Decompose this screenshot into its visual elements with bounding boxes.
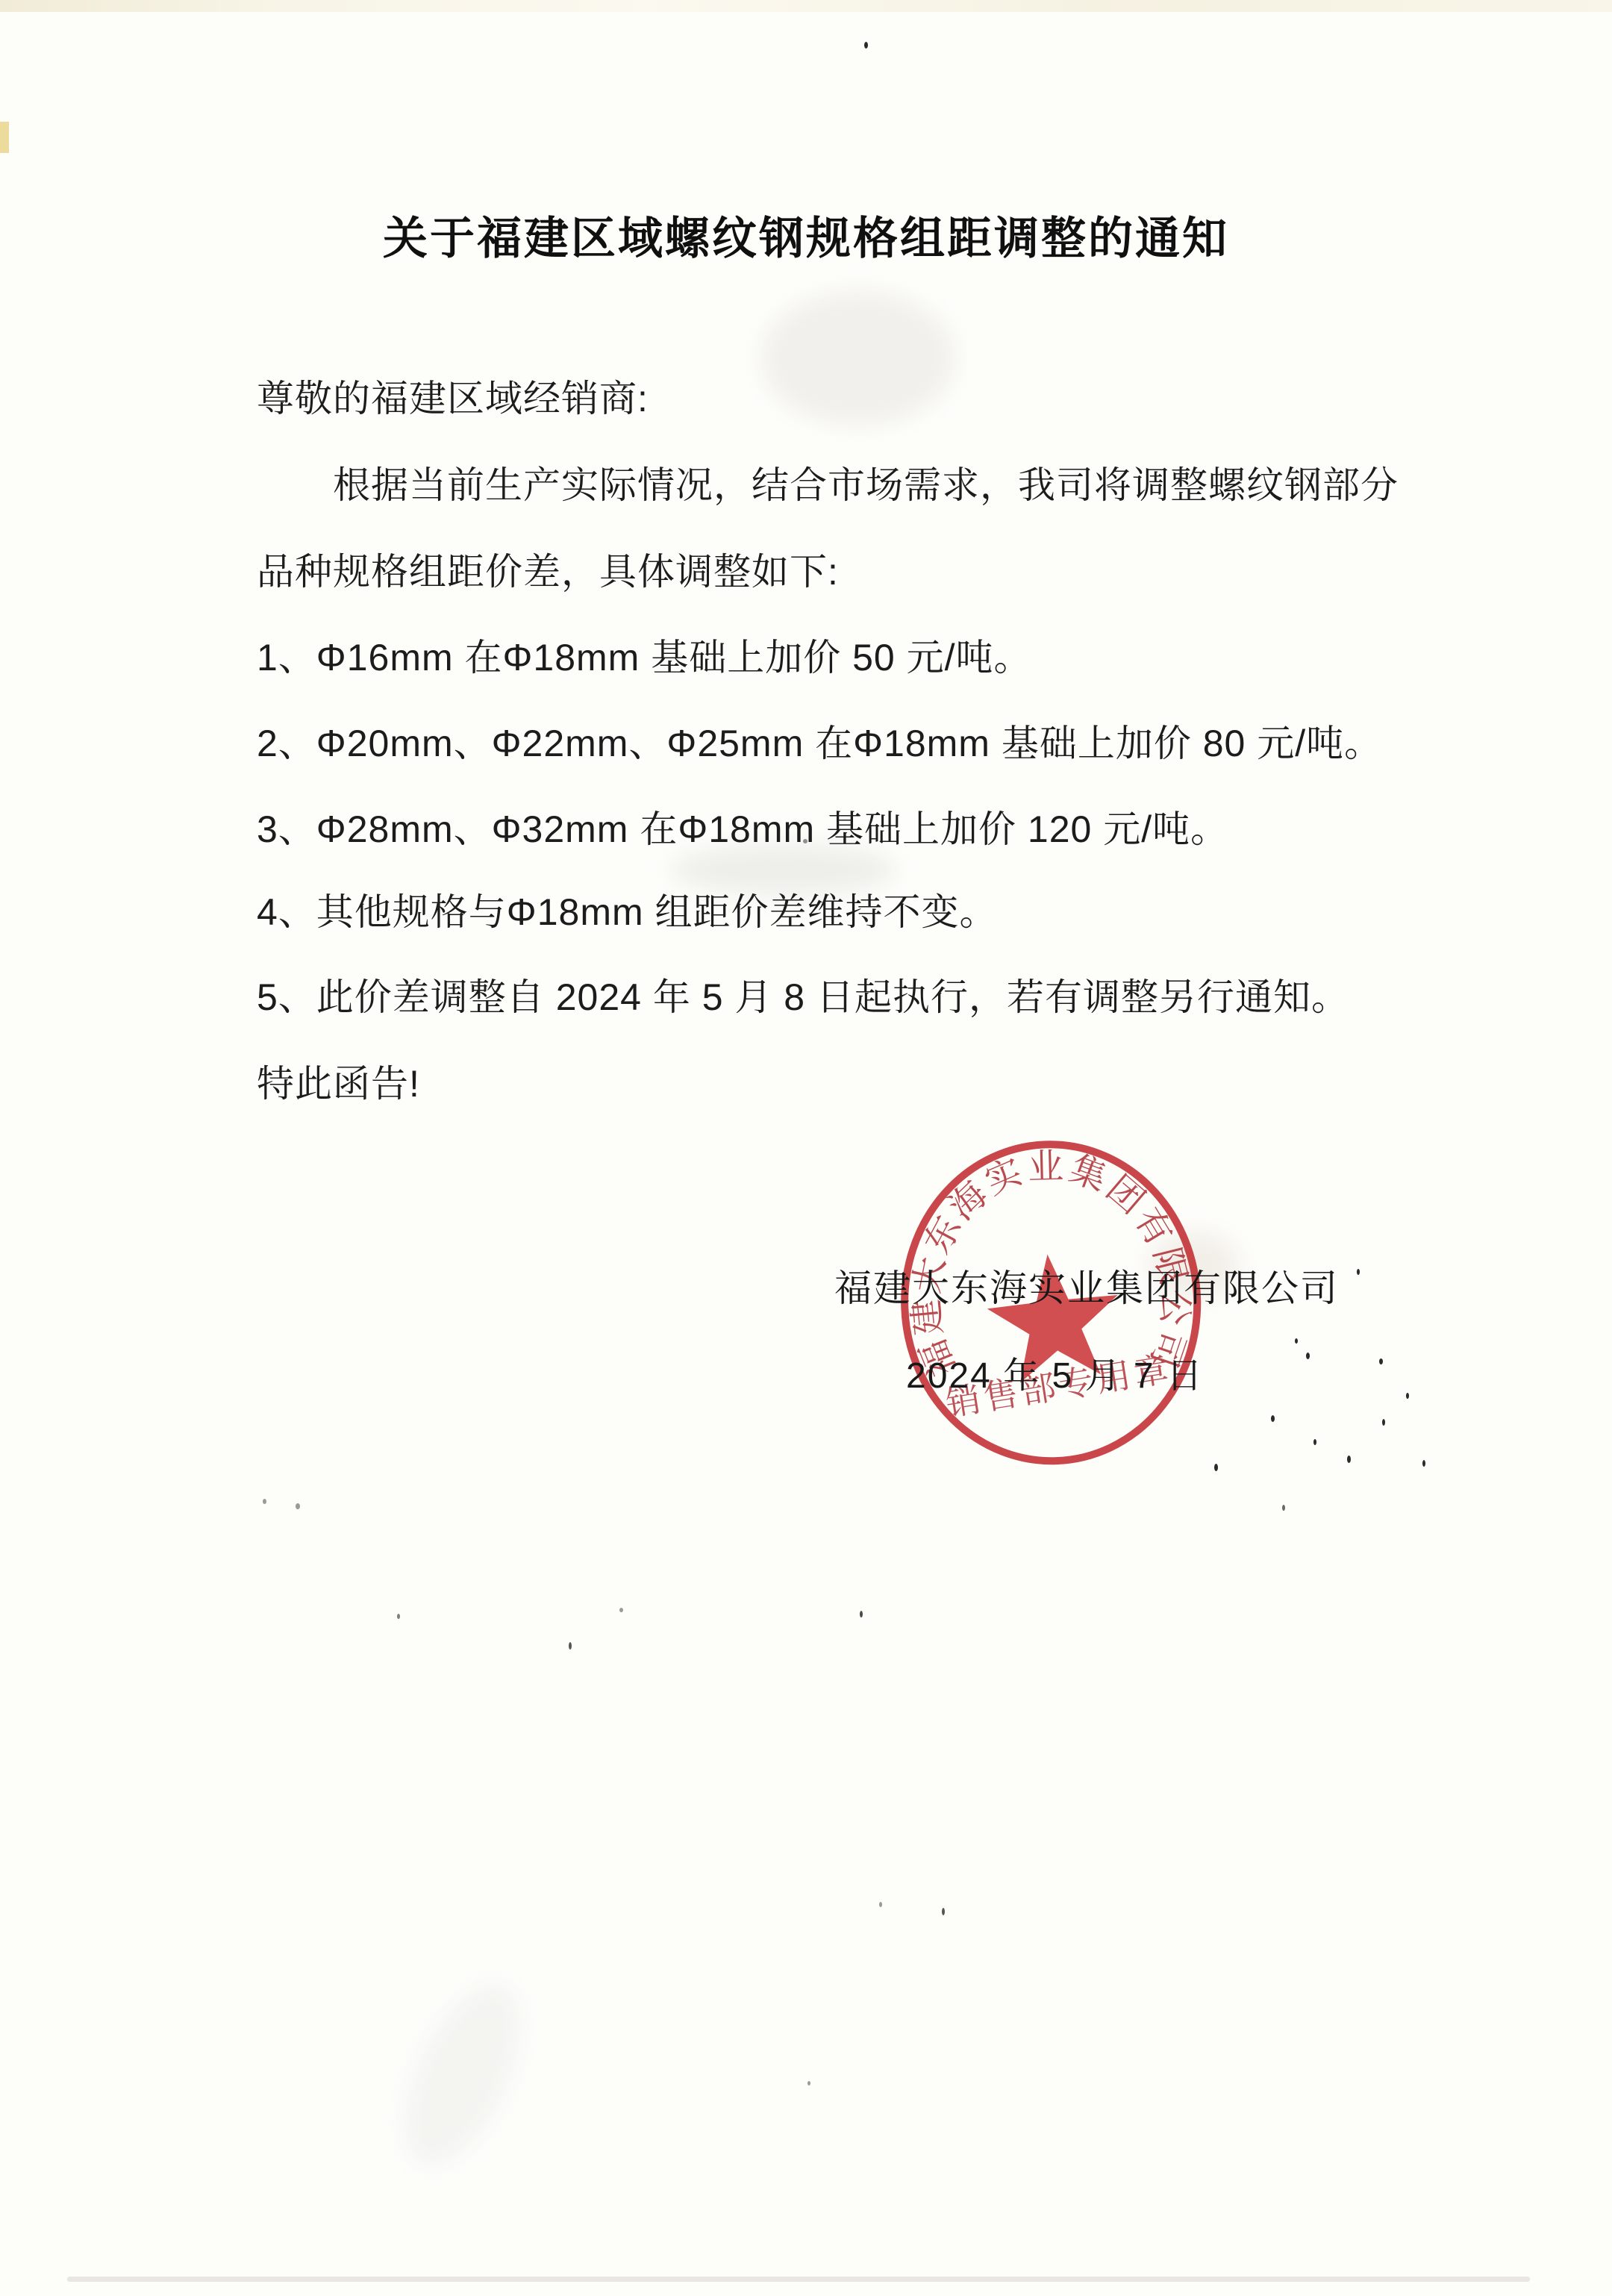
scan-smudge [381, 1968, 545, 2182]
scan-smudge [672, 843, 896, 896]
scan-speck [1271, 1415, 1275, 1422]
scan-speck [864, 42, 868, 49]
list-item-3: 3、Φ28mm、Φ32mm 在Φ18mm 基础上加价 120 元/吨。 [257, 808, 1228, 850]
scan-speck [879, 1902, 882, 1907]
notice-title: 关于福建区域螺纹钢规格组距调整的通知 [0, 203, 1612, 267]
list-item-1: 1、Φ16mm 在Φ18mm 基础上加价 50 元/吨。 [257, 637, 1032, 678]
scan-speck [1282, 1505, 1285, 1511]
scan-speck [1306, 1353, 1310, 1359]
scan-speck [807, 2081, 810, 2086]
salutation-line: 尊敬的福建区域经销商: [257, 378, 649, 419]
scan-speck [1313, 1439, 1316, 1445]
body-paragraph-line-1: 根据当前生产实际情况，结合市场需求，我司将调整螺纹钢部分 [333, 464, 1399, 506]
scan-speck [942, 1908, 945, 1915]
scan-speck [1406, 1393, 1409, 1399]
scan-speck [263, 1499, 266, 1504]
scan-edge-mark [0, 122, 9, 153]
signature-company-name: 福建大东海实业集团有限公司 [834, 1258, 1339, 1312]
scanned-notice-page: 关于福建区域螺纹钢规格组距调整的通知 尊敬的福建区域经销商: 根据当前生产实际情… [0, 0, 1612, 2296]
scan-speck [397, 1614, 400, 1619]
scan-speck [1214, 1464, 1218, 1471]
scan-speck [803, 839, 807, 843]
closing-line: 特此函告! [257, 1063, 420, 1105]
scan-speck [1379, 1358, 1383, 1364]
list-item-4: 4、其他规格与Φ18mm 组距价差维持不变。 [257, 891, 998, 933]
list-item-2: 2、Φ20mm、Φ22mm、Φ25mm 在Φ18mm 基础上加价 80 元/吨。 [257, 723, 1382, 764]
scan-speck [1382, 1419, 1385, 1426]
scan-speck [296, 1503, 300, 1509]
body-paragraph-line-2: 品种规格组距价差，具体调整如下: [257, 551, 839, 593]
scan-speck [860, 1611, 863, 1618]
scan-edge-bottom [67, 2277, 1530, 2282]
scan-smudge [761, 291, 955, 425]
signature-date: 2024 年 5 月 7 日 [906, 1347, 1204, 1398]
scan-speck [1422, 1460, 1425, 1467]
scan-edge-top [0, 0, 1612, 12]
list-item-5: 5、此价差调整自 2024 年 5 月 8 日起执行，若有调整另行通知。 [257, 976, 1349, 1018]
scan-speck [1295, 1338, 1298, 1344]
scan-speck [1347, 1456, 1351, 1463]
scan-speck [1357, 1269, 1360, 1275]
scan-speck [619, 1608, 623, 1612]
scan-speck [569, 1642, 572, 1650]
